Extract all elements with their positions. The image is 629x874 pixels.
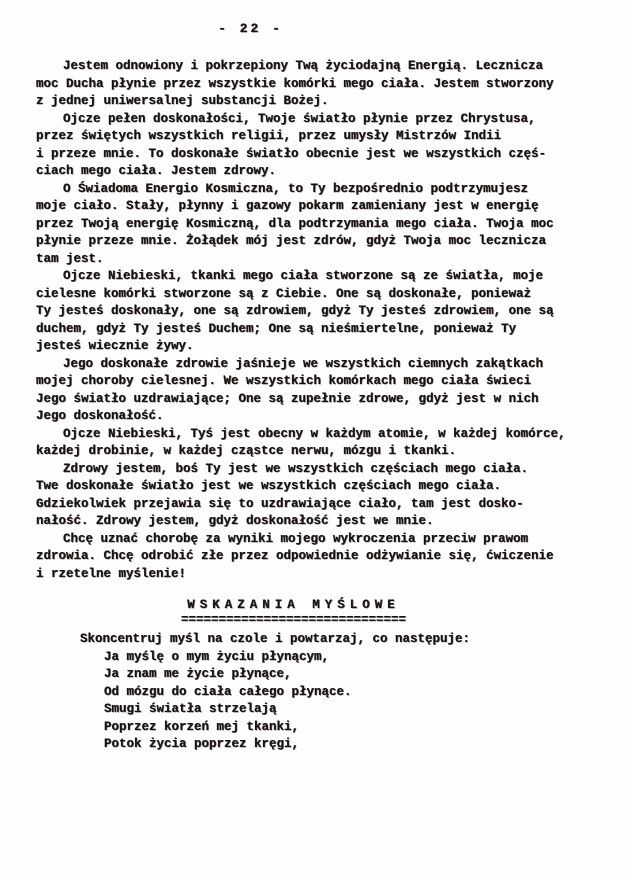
section-heading-underline: ==============================	[0, 613, 587, 627]
paragraph: Ojcze Niebieski, Tyś jest obecny w każdy…	[36, 426, 609, 461]
section-heading-block: WSKAZANIA MYŚLOWE ======================…	[0, 597, 587, 627]
document-page: - 22 - Jestem odnowiony i pokrzepiony Tw…	[0, 0, 629, 874]
paragraph: O Świadoma Energio Kosmiczna, to Ty bezp…	[36, 181, 609, 269]
paragraph: Zdrowy jestem, boś Ty jest we wszystkich…	[36, 461, 609, 531]
affirmation-line: Smugi światła strzelają	[0, 701, 629, 719]
section-heading: WSKAZANIA MYŚLOWE	[0, 597, 587, 613]
paragraph: Chcę uznać chorobę za wyniki mojego wykr…	[36, 531, 609, 584]
affirmation-line: Od mózgu do ciała całego płynące.	[0, 684, 629, 702]
page-number: - 22 -	[0, 20, 501, 37]
affirmation-line: Ja myślę o mym życiu płynącym,	[0, 649, 629, 667]
document-body: Jestem odnowiony i pokrzepiony Twą życio…	[0, 58, 629, 583]
paragraph: Ojcze pełen doskonałości, Twoje światło …	[36, 111, 609, 181]
affirmation-line: Poprzez korzeń mej tkanki,	[0, 719, 629, 737]
affirmation-line: Ja znam me życie płynące,	[0, 666, 629, 684]
paragraph: Jego doskonałe zdrowie jaśnieje we wszys…	[36, 356, 609, 426]
paragraph: Jestem odnowiony i pokrzepiony Twą życio…	[36, 58, 609, 111]
section-intro: Skoncentruj myśl na czole i powtarzaj, c…	[0, 631, 629, 649]
affirmation-line: Potok życia poprzez kręgi,	[0, 736, 629, 754]
paragraph: Ojcze Niebieski, tkanki mego ciała stwor…	[36, 268, 609, 356]
